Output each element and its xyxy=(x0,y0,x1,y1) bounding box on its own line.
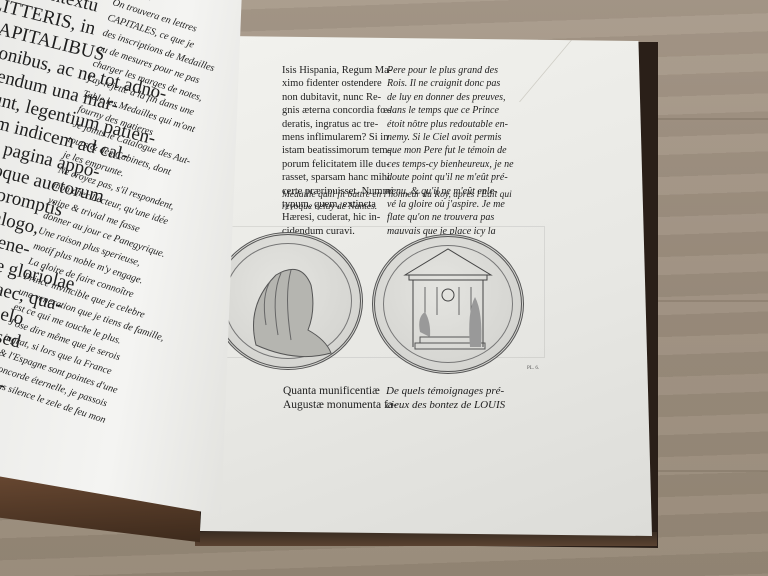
medal-reverse xyxy=(372,234,524,374)
medal-caption: Médaille qu'il fit battre en l'honneur d… xyxy=(282,189,512,213)
plate-number: PL. 6. xyxy=(527,366,539,371)
left-page: ... in contextu LITTERIS, in CAPITALIBUS… xyxy=(0,0,242,515)
latin-footer-text: Quanta munificentiæ Augustæ monumenta fa… xyxy=(283,384,397,412)
french-footer-text: De quels témoignages pré- cieux des bont… xyxy=(386,384,505,412)
medal-obverse xyxy=(213,232,363,370)
king-portrait-icon xyxy=(216,235,360,367)
temple-scene-icon xyxy=(375,237,521,371)
